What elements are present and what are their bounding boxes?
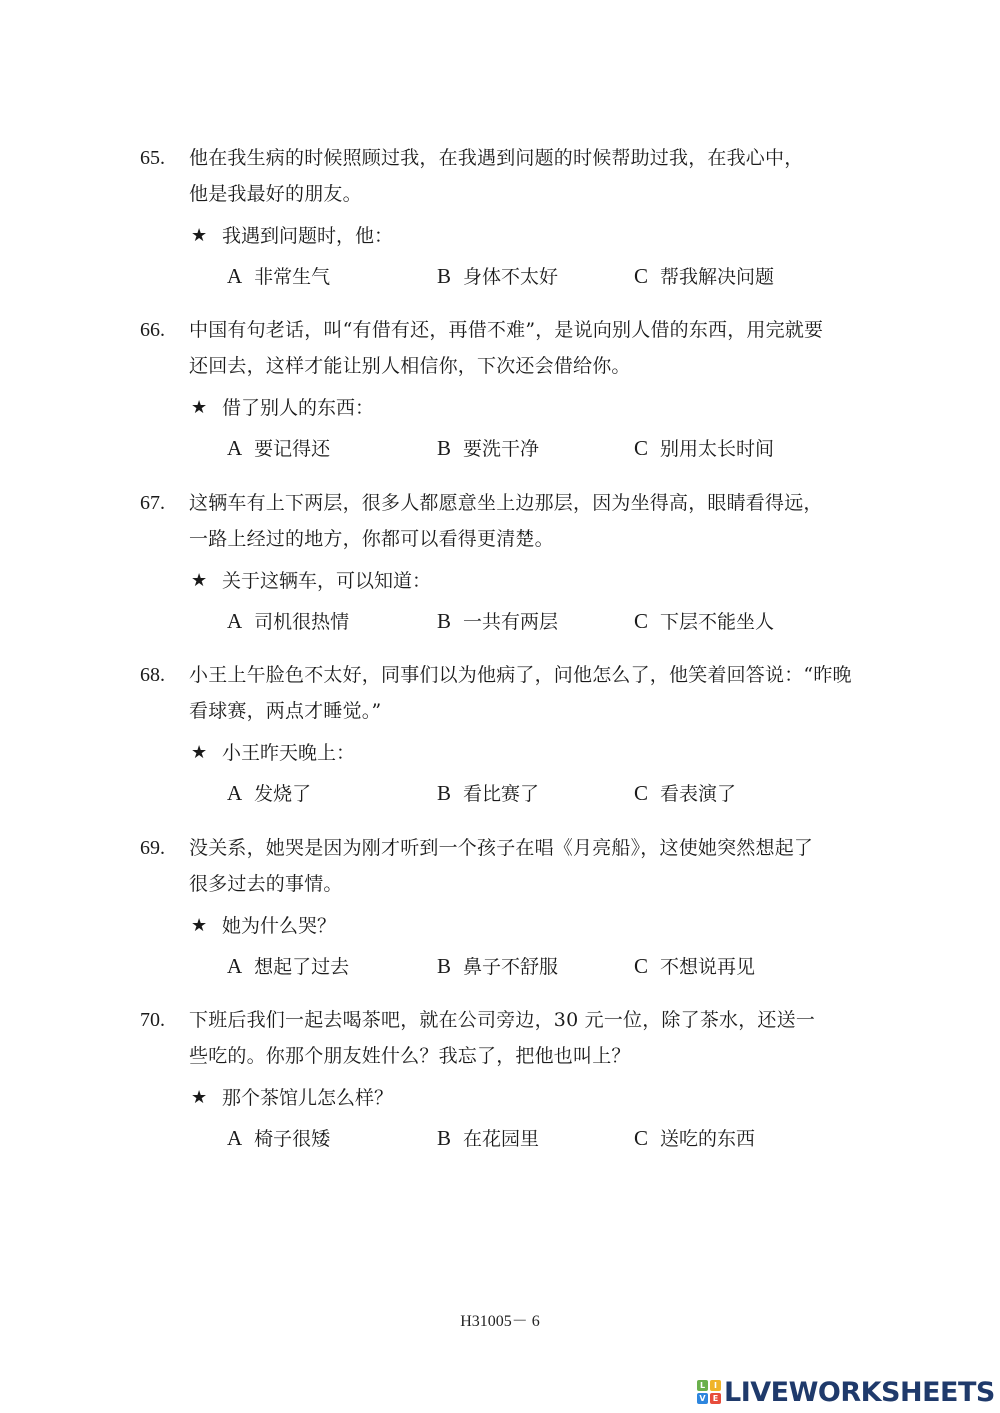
option-letter: A [227, 436, 242, 460]
option-c[interactable]: C送吃的东西 [634, 1118, 755, 1159]
question-68: 68. 小王上午脸色不太好，同事们以为他病了，问他怎么了，他笑着回答说：“昨晚 … [140, 657, 860, 813]
option-text: 一共有两层 [463, 611, 558, 633]
option-letter: C [634, 781, 648, 805]
question-66: 66. 中国有句老话，叫“有借有还，再借不难”，是说向别人借的东西，用完就要 还… [140, 312, 860, 468]
option-c[interactable]: C看表演了 [634, 773, 736, 814]
question-number: 69. [140, 830, 165, 866]
option-a[interactable]: A发烧了 [227, 773, 311, 814]
option-a[interactable]: A椅子很矮 [227, 1118, 330, 1159]
question-number: 65. [140, 140, 165, 176]
question-number: 70. [140, 1002, 165, 1038]
question-65: 65. 他在我生病的时候照顾过我，在我遇到问题的时候帮助过我，在我心中， 他是我… [140, 140, 860, 296]
question-text: 这辆车有上下两层，很多人都愿意坐上边那层，因为坐得高，眼睛看得远， [189, 485, 823, 521]
logo-block: E [710, 1393, 721, 1404]
question-prompt: ★ 借了别人的东西： [140, 388, 860, 428]
question-line: 70. 下班后我们一起去喝茶吧，就在公司旁边，30 元一位，除了茶水，还送一 [140, 1002, 860, 1038]
answer-options: A非常生气 B身体不太好 C帮我解决问题 [140, 256, 860, 296]
question-line: 67. 这辆车有上下两层，很多人都愿意坐上边那层，因为坐得高，眼睛看得远， [140, 485, 860, 521]
star-icon: ★ [191, 388, 207, 428]
option-letter: B [437, 954, 451, 978]
prompt-text: 关于这辆车，可以知道： [222, 561, 431, 601]
answer-options: A要记得还 B要洗干净 C别用太长时间 [140, 428, 860, 468]
question-line: 65. 他在我生病的时候照顾过我，在我遇到问题的时候帮助过我，在我心中， [140, 140, 860, 176]
question-prompt: ★ 她为什么哭？ [140, 906, 860, 946]
question-line: 他是我最好的朋友。 [140, 176, 860, 212]
question-67: 67. 这辆车有上下两层，很多人都愿意坐上边那层，因为坐得高，眼睛看得远， 一路… [140, 485, 860, 641]
liveworksheets-logo: L I V E LIVEWORKSHEETS [697, 1378, 995, 1406]
option-letter: C [634, 954, 648, 978]
answer-options: A发烧了 B看比赛了 C看表演了 [140, 773, 860, 813]
option-a[interactable]: A司机很热情 [227, 601, 349, 642]
worksheet-page: 65. 他在我生病的时候照顾过我，在我遇到问题的时候帮助过我，在我心中， 他是我… [0, 0, 1000, 1413]
question-line: 很多过去的事情。 [140, 866, 860, 902]
option-text: 看表演了 [660, 783, 736, 805]
answer-options: A椅子很矮 B在花园里 C送吃的东西 [140, 1118, 860, 1158]
option-text: 非常生气 [254, 266, 330, 288]
logo-block: I [710, 1380, 721, 1391]
question-text: 小王上午脸色不太好，同事们以为他病了，问他怎么了，他笑着回答说：“昨晚 [189, 657, 852, 693]
question-text: 中国有句老话，叫“有借有还，再借不难”，是说向别人借的东西，用完就要 [189, 312, 823, 348]
option-text: 司机很热情 [254, 611, 349, 633]
option-text: 在花园里 [463, 1128, 539, 1150]
question-line: 一路上经过的地方，你都可以看得更清楚。 [140, 521, 860, 557]
option-a[interactable]: A想起了过去 [227, 946, 349, 987]
option-letter: C [634, 436, 648, 460]
option-letter: A [227, 264, 242, 288]
option-b[interactable]: B要洗干净 [437, 428, 539, 469]
option-letter: A [227, 609, 242, 633]
question-text: 很多过去的事情。 [189, 866, 343, 902]
logo-block: L [697, 1380, 708, 1391]
logo-block: V [697, 1393, 708, 1404]
option-letter: B [437, 436, 451, 460]
page-code: H31005－ 6 [0, 1308, 1000, 1331]
question-line: 看球赛，两点才睡觉。” [140, 693, 860, 729]
option-text: 鼻子不舒服 [463, 956, 558, 978]
option-letter: B [437, 264, 451, 288]
question-prompt: ★ 关于这辆车，可以知道： [140, 561, 860, 601]
question-text: 一路上经过的地方，你都可以看得更清楚。 [189, 521, 554, 557]
question-prompt: ★ 我遇到问题时，他： [140, 216, 860, 256]
prompt-text: 那个茶馆儿怎么样？ [222, 1078, 393, 1118]
option-b[interactable]: B鼻子不舒服 [437, 946, 558, 987]
option-text: 送吃的东西 [660, 1128, 755, 1150]
option-text: 发烧了 [254, 783, 311, 805]
option-b[interactable]: B看比赛了 [437, 773, 539, 814]
option-letter: B [437, 1126, 451, 1150]
question-number: 67. [140, 485, 165, 521]
question-text: 看球赛，两点才睡觉。” [189, 693, 381, 729]
question-line: 68. 小王上午脸色不太好，同事们以为他病了，问他怎么了，他笑着回答说：“昨晚 [140, 657, 860, 693]
question-text: 他在我生病的时候照顾过我，在我遇到问题的时候帮助过我，在我心中， [189, 140, 803, 176]
option-text: 要记得还 [254, 438, 330, 460]
option-letter: C [634, 264, 648, 288]
option-text: 想起了过去 [254, 956, 349, 978]
option-c[interactable]: C帮我解决问题 [634, 256, 774, 297]
option-text: 身体不太好 [463, 266, 558, 288]
question-number: 68. [140, 657, 165, 693]
question-69: 69. 没关系，她哭是因为刚才听到一个孩子在唱《月亮船》，这使她突然想起了 很多… [140, 830, 860, 986]
option-c[interactable]: C不想说再见 [634, 946, 755, 987]
option-c[interactable]: C下层不能坐人 [634, 601, 774, 642]
option-letter: A [227, 1126, 242, 1150]
prompt-text: 我遇到问题时，他： [222, 216, 393, 256]
live-blocks-icon: L I V E [697, 1380, 721, 1404]
option-text: 要洗干净 [463, 438, 539, 460]
option-a[interactable]: A要记得还 [227, 428, 330, 469]
question-line: 些吃的。你那个朋友姓什么？我忘了，把他也叫上？ [140, 1038, 860, 1074]
option-letter: B [437, 781, 451, 805]
question-line: 69. 没关系，她哭是因为刚才听到一个孩子在唱《月亮船》，这使她突然想起了 [140, 830, 860, 866]
question-text: 些吃的。你那个朋友姓什么？我忘了，把他也叫上？ [189, 1038, 631, 1074]
prompt-text: 小王昨天晚上： [222, 733, 355, 773]
question-text: 还回去，这样才能让别人相信你，下次还会借给你。 [189, 348, 631, 384]
option-text: 椅子很矮 [254, 1128, 330, 1150]
option-text: 别用太长时间 [660, 438, 774, 460]
question-text: 他是我最好的朋友。 [189, 176, 362, 212]
option-letter: B [437, 609, 451, 633]
question-line: 66. 中国有句老话，叫“有借有还，再借不难”，是说向别人借的东西，用完就要 [140, 312, 860, 348]
question-prompt: ★ 小王昨天晚上： [140, 733, 860, 773]
prompt-text: 她为什么哭？ [222, 906, 336, 946]
star-icon: ★ [191, 561, 207, 601]
logo-text: LIVEWORKSHEETS [724, 1377, 995, 1408]
option-text: 下层不能坐人 [660, 611, 774, 633]
option-letter: C [634, 1126, 648, 1150]
option-text: 不想说再见 [660, 956, 755, 978]
star-icon: ★ [191, 216, 207, 256]
question-prompt: ★ 那个茶馆儿怎么样？ [140, 1078, 860, 1118]
option-letter: A [227, 954, 242, 978]
option-letter: C [634, 609, 648, 633]
option-b[interactable]: B身体不太好 [437, 256, 558, 297]
option-text: 看比赛了 [463, 783, 539, 805]
star-icon: ★ [191, 733, 207, 773]
question-text: 没关系，她哭是因为刚才听到一个孩子在唱《月亮船》，这使她突然想起了 [189, 830, 813, 866]
question-text: 下班后我们一起去喝茶吧，就在公司旁边，30 元一位，除了茶水，还送一 [189, 1002, 815, 1038]
question-70: 70. 下班后我们一起去喝茶吧，就在公司旁边，30 元一位，除了茶水，还送一 些… [140, 1002, 860, 1158]
option-c[interactable]: C别用太长时间 [634, 428, 774, 469]
option-letter: A [227, 781, 242, 805]
star-icon: ★ [191, 1078, 207, 1118]
option-b[interactable]: B一共有两层 [437, 601, 558, 642]
question-line: 还回去，这样才能让别人相信你，下次还会借给你。 [140, 348, 860, 384]
question-number: 66. [140, 312, 165, 348]
option-a[interactable]: A非常生气 [227, 256, 330, 297]
answer-options: A司机很热情 B一共有两层 C下层不能坐人 [140, 601, 860, 641]
star-icon: ★ [191, 906, 207, 946]
option-b[interactable]: B在花园里 [437, 1118, 539, 1159]
answer-options: A想起了过去 B鼻子不舒服 C不想说再见 [140, 946, 860, 986]
option-text: 帮我解决问题 [660, 266, 774, 288]
prompt-text: 借了别人的东西： [222, 388, 374, 428]
